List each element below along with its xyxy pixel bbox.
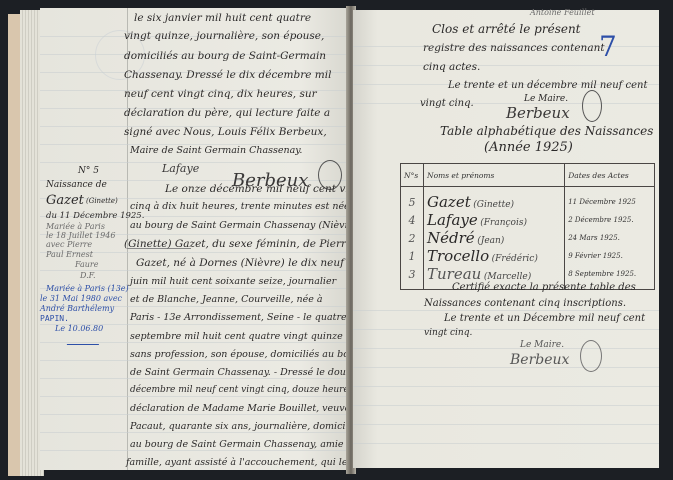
table-row: 3 Tureau (Marcelle) 8 Septembre 1925. <box>401 265 655 283</box>
table-row: 1 Trocello (Frédéric) 9 Février 1925. <box>401 247 655 265</box>
table-row: 2 Nédré (Jean) 24 Mars 1925. <box>401 229 655 247</box>
blue-note-line: le 31 Mai 1980 avec <box>40 294 122 303</box>
pencil-note-line: le 18 Juillet 1946 <box>46 231 115 240</box>
closing-line: registre des naissances contenant <box>423 42 605 54</box>
signature-flourish <box>582 90 602 122</box>
body-line: Chassenay. Dressé le dix décembre mil <box>124 69 331 81</box>
act-line: Paris - 13e Arrondissement, Seine - le q… <box>130 312 347 323</box>
mayor-signature: Berbeux <box>506 104 570 122</box>
act-line: juin mil huit cent soixante seize, journ… <box>130 276 336 287</box>
signature-flourish <box>580 340 602 372</box>
act-line: et de Blanche, Jeanne, Courveille, née à <box>130 294 323 305</box>
index-table: N°s Noms et prénoms Dates des Actes 5 Ga… <box>400 163 655 290</box>
pencil-note-initials: D.F. <box>80 271 96 280</box>
act-line: (Ginette) Gazet, du sexe féminin, de Pie… <box>124 238 352 250</box>
header-number: N°s <box>401 164 424 187</box>
act-line: décembre mil neuf cent vingt cinq, douze… <box>130 385 374 395</box>
act-line: sans profession, son épouse, domiciliés … <box>130 349 366 360</box>
pencil-note-line: Faure <box>75 260 99 269</box>
index-title: Table alphabétique des Naissances <box>440 124 653 138</box>
declarant-signature: Lafaye <box>162 162 199 175</box>
act-line: au bourg de Saint Germain Chassenay, ami… <box>130 439 370 450</box>
mayor-title: Le Maire. <box>520 340 564 350</box>
act-line: au bourg de Saint Germain Chassenay (Niè… <box>130 220 358 231</box>
body-line: signé avec Nous, Louis Félix Berbeux, <box>124 126 327 138</box>
closing-line: Le trente et un décembre mil neuf cent <box>448 80 648 91</box>
table-row: 4 Lafaye (François) 2 Décembre 1925. <box>401 211 655 229</box>
index-subtitle: (Année 1925) <box>484 140 573 155</box>
margin-label: Naissance de <box>46 180 107 190</box>
body-line: Maire de Saint Germain Chassenay. <box>130 145 302 156</box>
blue-note-line: André Barthélemy <box>40 304 114 313</box>
act-line: cinq à dix huit heures, trente minutes e… <box>130 201 350 212</box>
pencil-note-line: Mariée à Paris <box>46 222 105 231</box>
body-line: neuf cent vingt cinq, dix heures, sur <box>124 88 317 100</box>
closing-line: vingt cinq. <box>420 98 474 109</box>
blue-count-mark: 7 <box>599 30 617 63</box>
body-line: domiciliés au bourg de Saint-Germain <box>124 50 326 62</box>
mayor-title: Le Maire. <box>524 94 568 104</box>
pencil-top-note: Antoine Feuillet <box>530 8 595 17</box>
certification-line: Certifié exacte la présente table des <box>452 282 636 293</box>
act-line: Gazet, né à Dornes (Nièvre) le dix neuf <box>136 257 344 269</box>
act-line: famille, ayant assisté à l'accouchement,… <box>126 457 373 468</box>
act-line: septembre mil huit cent quatre vingt qui… <box>130 331 343 342</box>
certification-line: Naissances contenant cinq inscriptions. <box>424 298 626 309</box>
blue-note-line: Mariée à Paris (13e) <box>46 284 129 293</box>
blue-note-line: Le 10.06.80 <box>55 324 103 333</box>
margin-surname: Gazet <box>46 193 84 208</box>
margin-given-name: (Ginette) <box>86 197 118 205</box>
body-line: vingt quinze, journalière, son épouse, <box>124 30 324 42</box>
closing-line: Clos et arrêté le présent <box>432 22 581 36</box>
act-line: déclaration de Madame Marie Bouillet, ve… <box>130 403 350 414</box>
act-line: Le onze décembre mil neuf cent vingt <box>165 183 366 195</box>
body-line: le six janvier mil huit cent quatre <box>134 12 311 24</box>
act-number: N° 5 <box>78 166 99 176</box>
act-line: de Saint Germain Chassenay. - Dressé le … <box>130 367 356 378</box>
open-register-book: le six janvier mil huit cent quatre ving… <box>0 0 673 480</box>
act-line: Pacaut, quarante six ans, journalière, d… <box>130 421 363 432</box>
header-dates: Dates des Actes <box>565 164 655 187</box>
blue-initials-mark <box>67 338 102 345</box>
table-row: 5 Gazet (Ginette) 11 Décembre 1925 <box>401 193 655 211</box>
blue-note-line: PAPIN. <box>40 314 69 323</box>
pencil-note-line: avec Pierre <box>46 240 92 249</box>
pencil-note-line: Paul Ernest <box>46 250 93 259</box>
body-line: déclaration du père, qui lecture faite a <box>124 107 330 119</box>
mayor-signature: Berbeux <box>510 352 569 368</box>
certification-line: Le trente et un Décembre mil neuf cent <box>444 313 645 324</box>
certification-line: vingt cinq. <box>424 328 472 338</box>
header-names: Noms et prénoms <box>424 164 565 187</box>
closing-line: cinq actes. <box>423 61 480 73</box>
